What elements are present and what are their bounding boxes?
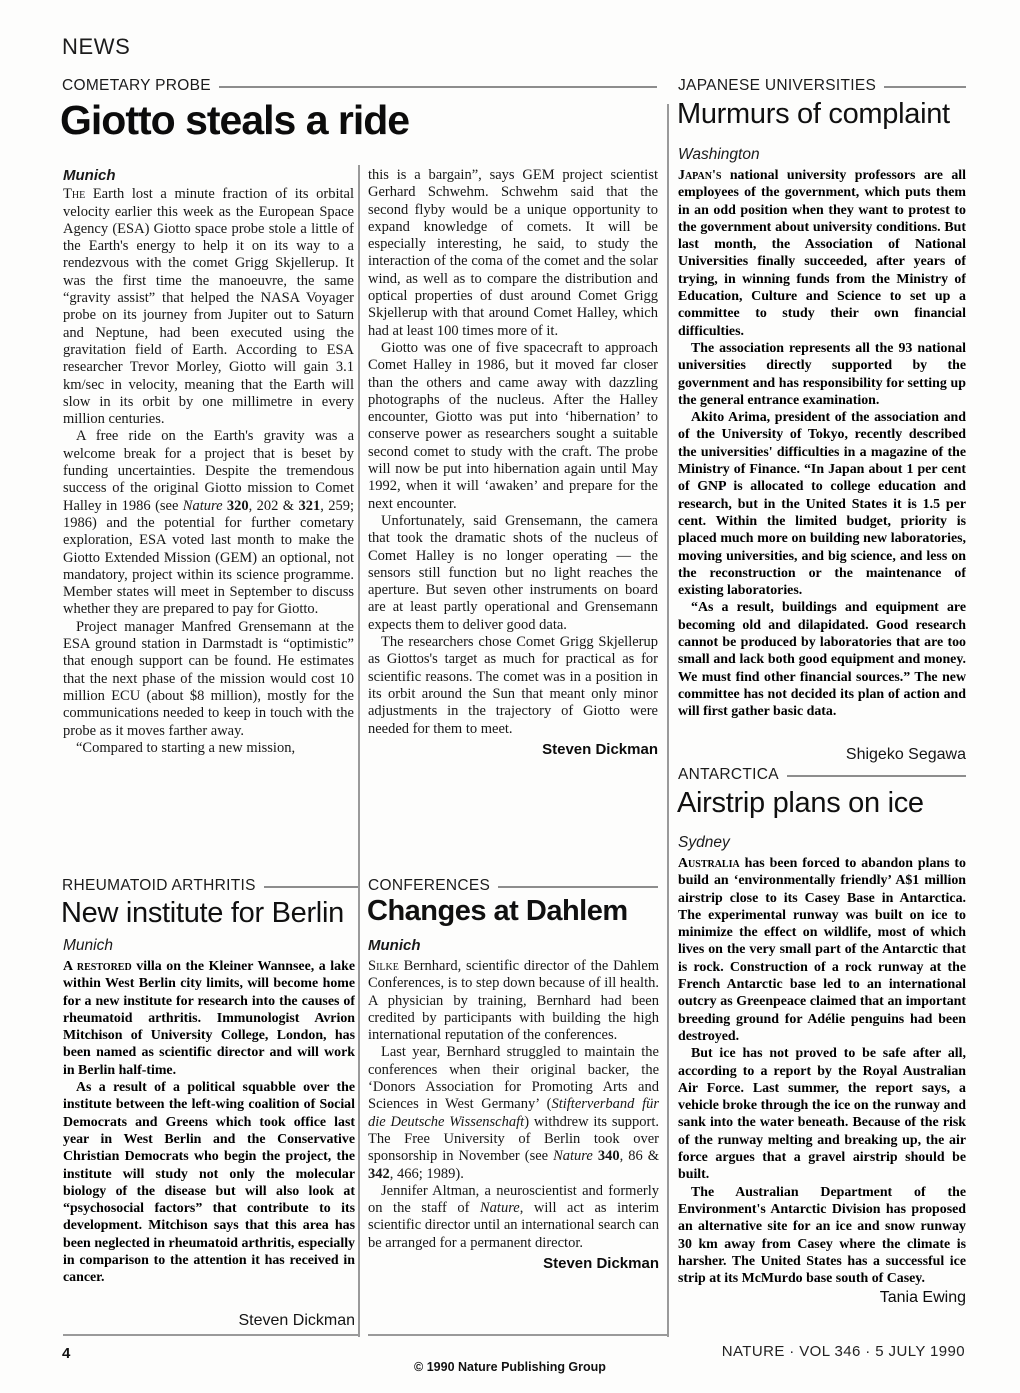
paragraph: The Earth lost a minute fraction of its … bbox=[63, 186, 354, 428]
section-cometary-probe: COMETARY PROBE bbox=[62, 77, 657, 95]
berlin-byline: Steven Dickman bbox=[233, 1312, 356, 1329]
paragraph: “Compared to starting a new mission, bbox=[63, 740, 354, 757]
section-label-text: CONFERENCES bbox=[368, 877, 490, 895]
lead-small-caps: Australia bbox=[678, 856, 740, 871]
paragraph: The association represents all the 93 na… bbox=[678, 340, 966, 409]
airstrip-byline: Tania Ewing bbox=[678, 1289, 966, 1306]
paragraph: Giotto was one of five spacecraft to app… bbox=[368, 340, 658, 513]
paragraph: But ice has not proved to be safe after … bbox=[678, 1045, 966, 1183]
section-label-text: COMETARY PROBE bbox=[62, 77, 211, 95]
column-bottom-rule bbox=[368, 1334, 667, 1336]
paragraph: Akito Arima, president of the associatio… bbox=[678, 409, 966, 599]
footer-copyright: © 1990 Nature Publishing Group bbox=[0, 1360, 1020, 1374]
paragraph: Australia has been forced to abandon pla… bbox=[678, 855, 966, 1045]
murmurs-headline: Murmurs of complaint bbox=[677, 99, 977, 131]
section-label-text: RHEUMATOID ARTHRITIS bbox=[62, 877, 256, 895]
magazine-news-page: NEWS COMETARY PROBE JAPANESE UNIVERSITIE… bbox=[0, 0, 1020, 1393]
paragraph: As a result of a political squabble over… bbox=[63, 1079, 355, 1287]
berlin-body: A restored villa on the Kleiner Wannsee,… bbox=[63, 958, 355, 1329]
section-rule bbox=[264, 886, 358, 888]
airstrip-headline: Airstrip plans on ice bbox=[677, 788, 977, 820]
paragraph: A free ride on the Earth's gravity was a… bbox=[63, 428, 354, 618]
paragraph: Silke Bernhard, scientific director of t… bbox=[368, 958, 659, 1044]
airstrip-body: Australia has been forced to abandon pla… bbox=[678, 855, 966, 1341]
section-rheumatoid-arthritis: RHEUMATOID ARTHRITIS bbox=[62, 877, 358, 895]
paragraph: Unfortunately, said Grensemann, the came… bbox=[368, 513, 658, 634]
giotto-headline: Giotto steals a ride bbox=[60, 98, 660, 143]
column-bottom-rule bbox=[63, 1334, 358, 1336]
paragraph: The Australian Department of the Environ… bbox=[678, 1184, 966, 1288]
section-rule bbox=[498, 886, 658, 888]
dahlem-headline: Changes at Dahlem bbox=[367, 896, 667, 928]
giotto-dateline: Munich bbox=[63, 167, 354, 184]
section-conferences: CONFERENCES bbox=[368, 877, 658, 895]
paragraph: Last year, Bernhard struggled to maintai… bbox=[368, 1044, 659, 1182]
giotto-byline: Steven Dickman bbox=[368, 741, 658, 758]
paragraph: A restored villa on the Kleiner Wannsee,… bbox=[63, 958, 355, 1079]
paragraph: Jennifer Altman, a neuroscientist and fo… bbox=[368, 1183, 659, 1252]
section-rule bbox=[884, 86, 966, 88]
berlin-dateline: Munich bbox=[63, 937, 113, 955]
airstrip-dateline: Sydney bbox=[678, 834, 730, 852]
paragraph: Project manager Manfred Grensemann at th… bbox=[63, 619, 354, 740]
paragraph-text: villa on the Kleiner Wannsee, a lake wit… bbox=[63, 959, 355, 1078]
murmurs-byline: Shigeko Segawa bbox=[840, 746, 966, 763]
section-rule bbox=[787, 775, 966, 777]
murmurs-body: Japan's national university professors a… bbox=[678, 167, 966, 763]
lead-small-caps: The bbox=[63, 186, 85, 202]
paragraph: The researchers chose Comet Grigg Skjell… bbox=[368, 634, 658, 738]
paragraph: this is a bargain”, says GEM project sci… bbox=[368, 167, 658, 340]
paragraph-text: Earth lost a minute fraction of its orbi… bbox=[63, 186, 354, 427]
dahlem-byline: Steven Dickman bbox=[368, 1255, 659, 1272]
section-rule bbox=[219, 86, 657, 88]
dahlem-body: Silke Bernhard, scientific director of t… bbox=[368, 958, 659, 1333]
paragraph-text: has been forced to abandon plans to buil… bbox=[678, 856, 966, 1044]
section-antarctica: ANTARCTICA bbox=[678, 766, 966, 784]
footer-journal-line: NATURE · VOL 346 · 5 JULY 1990 bbox=[722, 1343, 965, 1360]
paragraph-text: national university professors are all e… bbox=[678, 168, 966, 339]
giotto-column-1: Munich The Earth lost a minute fraction … bbox=[63, 167, 354, 875]
dahlem-dateline: Munich bbox=[368, 937, 421, 954]
column-divider bbox=[358, 165, 360, 1337]
murmurs-dateline: Washington bbox=[678, 146, 760, 164]
column-divider bbox=[667, 104, 669, 1337]
giotto-column-2: this is a bargain”, says GEM project sci… bbox=[368, 167, 658, 877]
page-kicker: NEWS bbox=[62, 34, 130, 60]
lead-small-caps: Silke bbox=[368, 958, 399, 974]
paragraph: “As a result, buildings and equipment ar… bbox=[678, 599, 966, 720]
section-label-text: JAPANESE UNIVERSITIES bbox=[678, 77, 876, 95]
lead-small-caps: A restored bbox=[63, 959, 132, 974]
paragraph: Japan's national university professors a… bbox=[678, 167, 966, 340]
section-japanese-universities: JAPANESE UNIVERSITIES bbox=[678, 77, 966, 95]
paragraph-text: Bernhard, scientific director of the Dah… bbox=[368, 958, 659, 1043]
section-label-text: ANTARCTICA bbox=[678, 766, 779, 784]
lead-small-caps: Japan's bbox=[678, 168, 721, 183]
berlin-headline: New institute for Berlin bbox=[61, 898, 361, 930]
